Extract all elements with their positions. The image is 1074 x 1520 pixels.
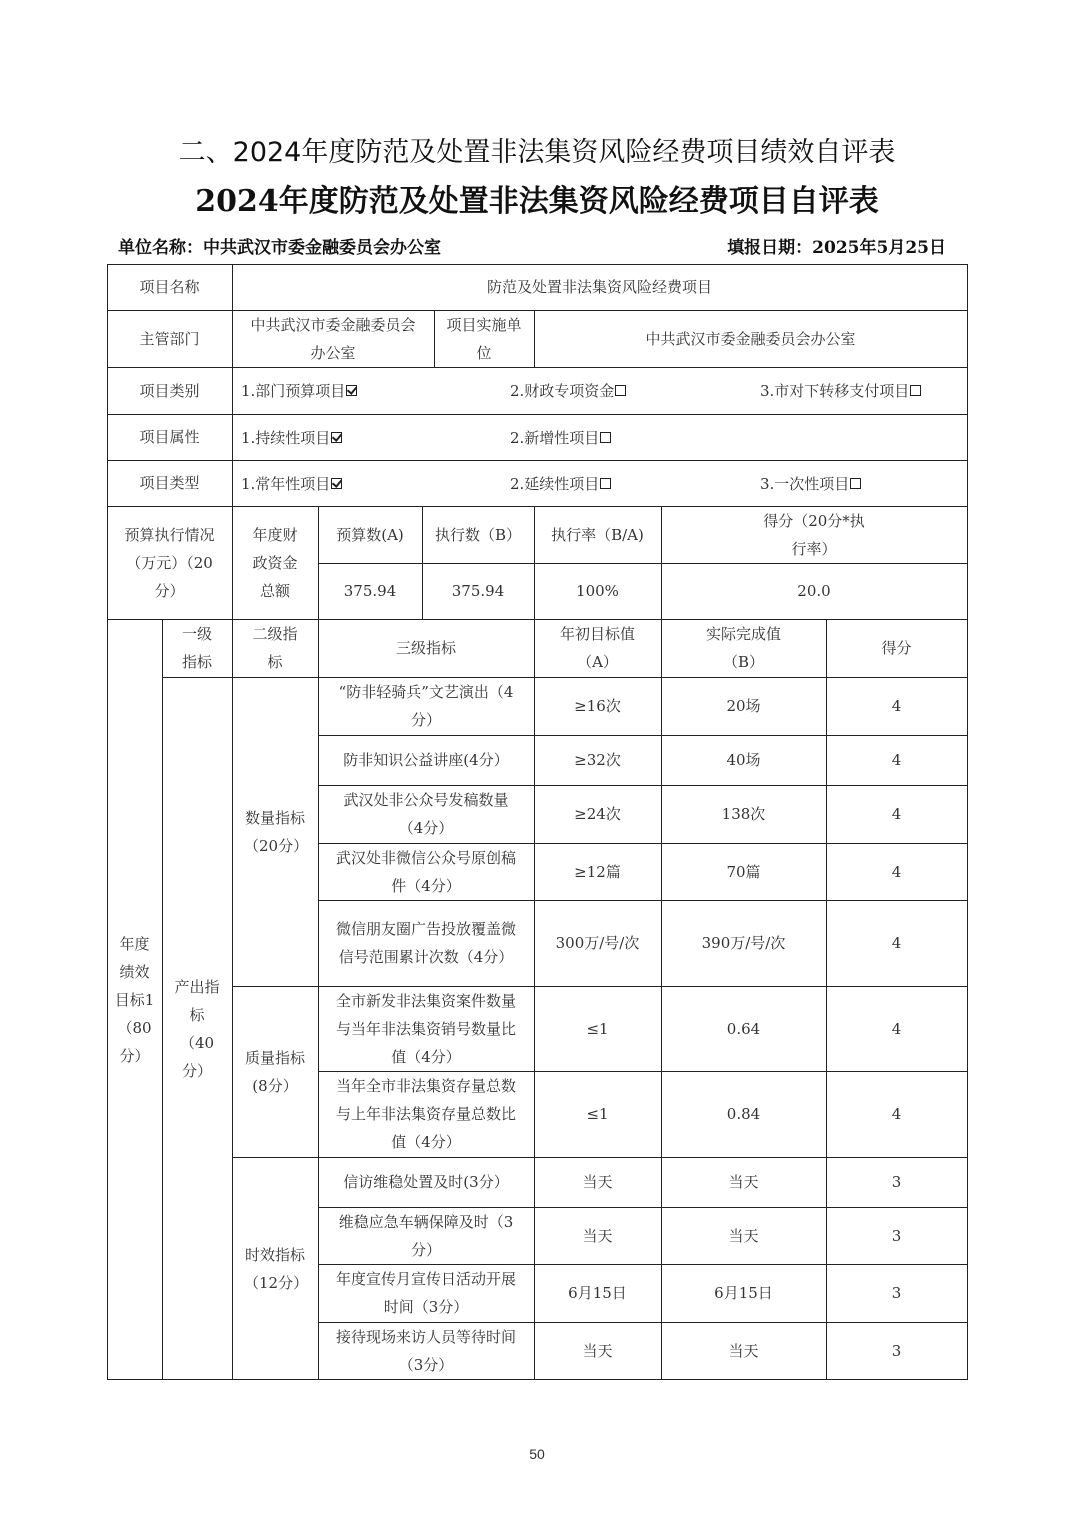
project-name-label: 项目名称: [107, 264, 232, 310]
indicator-score: 4: [826, 735, 967, 785]
checkbox-checked-icon[interactable]: [346, 385, 357, 396]
indicator-actual: 6月15日: [661, 1264, 826, 1322]
header-target: 年初目标值（A）: [534, 619, 661, 677]
header-level1: 一级指标: [162, 619, 232, 677]
indicator-name: 维稳应急车辆保障及时（3分）: [318, 1207, 534, 1264]
attribute-label: 项目属性: [107, 414, 232, 460]
checkbox-unchecked-icon[interactable]: [850, 478, 861, 489]
category-option-2[interactable]: 2.财政专项资金: [510, 367, 626, 414]
indicator-actual: 20场: [661, 677, 826, 735]
indicator-target: ≥16次: [534, 677, 661, 735]
indicator-target: ≥32次: [534, 735, 661, 785]
header-level3: 三级指标: [318, 619, 534, 677]
checkbox-unchecked-icon[interactable]: [600, 478, 611, 489]
indicator-name: 信访维稳处置及时(3分）: [318, 1157, 534, 1207]
dept-value: 中共武汉市委金融委员会办公室: [232, 310, 434, 367]
indicator-actual: 138次: [661, 785, 826, 843]
category-option-3[interactable]: 3.市对下转移支付项目: [760, 367, 921, 414]
indicator-target: 当天: [534, 1157, 661, 1207]
impl-label: 项目实施单位: [434, 310, 534, 367]
budget-sub-label: 年度财政资金总额: [232, 506, 318, 619]
budget-label: 预算执行情况（万元）（20分）: [107, 506, 232, 619]
budget-value-score: 20.0: [661, 563, 967, 619]
indicator-name: “防非轻骑兵”文艺演出（4分）: [318, 677, 534, 735]
indicator-target: ≥12篇: [534, 843, 661, 900]
indicator-score: 4: [826, 900, 967, 986]
indicator-actual: 当天: [661, 1157, 826, 1207]
level2-timeliness: 时效指标（12分）: [232, 1157, 318, 1380]
level1-output: 产出指标（40分）: [162, 677, 232, 1380]
header-actual: 实际完成值（B）: [661, 619, 826, 677]
category-option-1[interactable]: 1.部门预算项目: [241, 367, 357, 414]
indicator-target: 当天: [534, 1207, 661, 1264]
level2-quantity: 数量指标（20分）: [232, 677, 318, 986]
type-option-2[interactable]: 2.延续性项目: [510, 460, 611, 506]
budget-header-rate: 执行率（B/A): [534, 506, 661, 563]
goal-label: 年度绩效目标1（80分）: [107, 619, 162, 1380]
budget-value-a: 375.94: [318, 563, 422, 619]
indicator-score: 3: [826, 1322, 967, 1379]
type-option-1[interactable]: 1.常年性项目: [241, 460, 342, 506]
checkbox-unchecked-icon[interactable]: [910, 385, 921, 396]
indicator-target: 6月15日: [534, 1264, 661, 1322]
checkbox-checked-icon[interactable]: [331, 478, 342, 489]
level2-quality: 质量指标(8分）: [232, 986, 318, 1157]
indicator-name: 防非知识公益讲座(4分）: [318, 735, 534, 785]
indicator-actual: 0.64: [661, 986, 826, 1071]
indicator-score: 3: [826, 1207, 967, 1264]
budget-value-b: 375.94: [422, 563, 534, 619]
indicator-target: ≤1: [534, 986, 661, 1071]
indicator-target: 300万/号/次: [534, 900, 661, 986]
attribute-option-2[interactable]: 2.新增性项目: [510, 414, 611, 460]
page-number: 50: [0, 1446, 1074, 1462]
indicator-score: 4: [826, 677, 967, 735]
indicator-score: 3: [826, 1264, 967, 1322]
header-level2: 二级指标: [232, 619, 318, 677]
indicator-actual: 70篇: [661, 843, 826, 900]
indicator-name: 当年全市非法集资存量总数与上年非法集资存量总数比值（4分）: [318, 1071, 534, 1157]
indicator-actual: 390万/号/次: [661, 900, 826, 986]
checkbox-unchecked-icon[interactable]: [615, 385, 626, 396]
indicator-name: 接待现场来访人员等待时间（3分）: [318, 1322, 534, 1379]
budget-header-b: 执行数（B）: [422, 506, 534, 563]
indicator-score: 4: [826, 785, 967, 843]
dept-label: 主管部门: [107, 310, 232, 367]
indicator-actual: 当天: [661, 1207, 826, 1264]
indicator-target: ≤1: [534, 1071, 661, 1157]
indicator-actual: 40场: [661, 735, 826, 785]
indicator-score: 4: [826, 1071, 967, 1157]
indicator-target: ≥24次: [534, 785, 661, 843]
indicator-name: 武汉处非微信公众号原创稿件（4分）: [318, 843, 534, 900]
impl-value: 中共武汉市委金融委员会办公室: [534, 310, 967, 367]
indicator-score: 3: [826, 1157, 967, 1207]
indicator-score: 4: [826, 843, 967, 900]
checkbox-unchecked-icon[interactable]: [600, 432, 611, 443]
category-label: 项目类别: [107, 367, 232, 414]
project-name-value: 防范及处置非法集资风险经费项目: [232, 264, 967, 310]
indicator-target: 当天: [534, 1322, 661, 1379]
indicator-score: 4: [826, 986, 967, 1071]
type-label: 项目类型: [107, 460, 232, 506]
checkbox-checked-icon[interactable]: [331, 432, 342, 443]
budget-header-score: 得分（20分*执行率）: [661, 506, 967, 563]
indicator-name: 武汉处非公众号发稿数量（4分）: [318, 785, 534, 843]
budget-header-a: 预算数(A): [318, 506, 422, 563]
evaluation-table: 项目名称 防范及处置非法集资风险经费项目 主管部门 中共武汉市委金融委员会办公室…: [0, 0, 1074, 1520]
attribute-option-1[interactable]: 1.持续性项目: [241, 414, 342, 460]
indicator-actual: 0.84: [661, 1071, 826, 1157]
type-option-3[interactable]: 3.一次性项目: [760, 460, 861, 506]
budget-value-rate: 100%: [534, 563, 661, 619]
indicator-actual: 当天: [661, 1322, 826, 1379]
indicator-name: 微信朋友圈广告投放覆盖微信号范围累计次数（4分）: [318, 900, 534, 986]
indicator-name: 年度宣传月宣传日活动开展时间（3分）: [318, 1264, 534, 1322]
indicator-name: 全市新发非法集资案件数量与当年非法集资销号数量比值（4分）: [318, 986, 534, 1071]
header-score: 得分: [826, 619, 967, 677]
